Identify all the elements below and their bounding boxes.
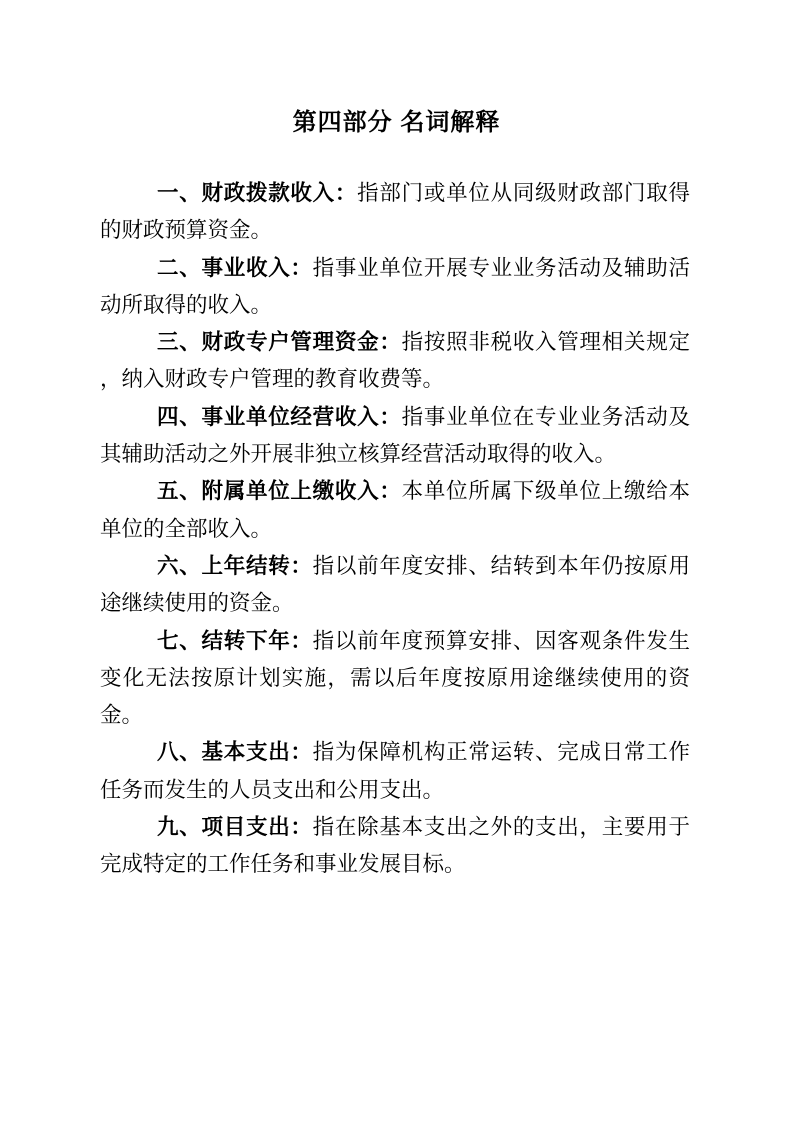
term-lead: 三、财政专户管理资金：	[157, 330, 402, 354]
definition-line: 变化无法按原计划实施，需以后年度按原用途继续使用的资	[100, 660, 690, 697]
definition-line: 九、项目支出：指在除基本支出之外的支出，主要用于	[100, 809, 690, 846]
definition-line: 途继续使用的资金。	[100, 585, 690, 622]
definition-line: 三、财政专户管理资金：指按照非税收入管理相关规定	[100, 324, 690, 361]
definition-text: 指事业单位在专业业务活动及	[402, 405, 690, 429]
term-lead: 七、结转下年：	[157, 629, 313, 653]
definition-text: 指部门或单位从同级财政部门取得	[357, 181, 690, 205]
document-page: 第四部分 名词解释 一、财政拨款收入：指部门或单位从同级财政部门取得 的财政预算…	[0, 0, 793, 1122]
term-lead: 二、事业收入：	[157, 256, 313, 280]
page-title: 第四部分 名词解释	[0, 104, 793, 142]
definition-line: 一、财政拨款收入：指部门或单位从同级财政部门取得	[100, 175, 690, 212]
definition-line: 四、事业单位经营收入：指事业单位在专业业务活动及	[100, 399, 690, 436]
term-paragraph: 六、上年结转：指以前年度安排、结转到本年仍按原用 途继续使用的资金。	[100, 548, 690, 623]
document-body: 一、财政拨款收入：指部门或单位从同级财政部门取得 的财政预算资金。 二、事业收入…	[100, 175, 690, 884]
definition-line: 动所取得的收入。	[100, 287, 690, 324]
term-paragraph: 二、事业收入：指事业单位开展专业业务活动及辅助活 动所取得的收入。	[100, 250, 690, 325]
definition-line: 单位的全部收入。	[100, 511, 690, 548]
definition-line: 任务而发生的人员支出和公用支出。	[100, 772, 690, 809]
definition-text: 指事业单位开展专业业务活动及辅助活	[313, 256, 690, 280]
definition-line: 五、附属单位上缴收入：本单位所属下级单位上缴给本	[100, 473, 690, 510]
definition-line: 七、结转下年：指以前年度预算安排、因客观条件发生	[100, 623, 690, 660]
term-lead: 九、项目支出：	[157, 815, 313, 839]
definition-line: ，纳入财政专户管理的教育收费等。	[100, 361, 690, 398]
definition-line: 完成特定的工作任务和事业发展目标。	[100, 846, 690, 883]
term-lead: 四、事业单位经营收入：	[157, 405, 402, 429]
definition-line: 的财政预算资金。	[100, 212, 690, 249]
term-paragraph: 五、附属单位上缴收入：本单位所属下级单位上缴给本 单位的全部收入。	[100, 473, 690, 548]
definition-text: 指在除基本支出之外的支出，主要用于	[313, 815, 690, 839]
term-lead: 六、上年结转：	[157, 554, 313, 578]
term-paragraph: 一、财政拨款收入：指部门或单位从同级财政部门取得 的财政预算资金。	[100, 175, 690, 250]
definition-line: 六、上年结转：指以前年度安排、结转到本年仍按原用	[100, 548, 690, 585]
term-paragraph: 三、财政专户管理资金：指按照非税收入管理相关规定 ，纳入财政专户管理的教育收费等…	[100, 324, 690, 399]
term-lead: 五、附属单位上缴收入：	[157, 479, 402, 503]
definition-text: 指按照非税收入管理相关规定	[402, 330, 690, 354]
term-paragraph: 七、结转下年：指以前年度预算安排、因客观条件发生 变化无法按原计划实施，需以后年…	[100, 623, 690, 735]
term-lead: 一、财政拨款收入：	[157, 181, 357, 205]
definition-text: 指以前年度预算安排、因客观条件发生	[313, 629, 690, 653]
definition-line: 二、事业收入：指事业单位开展专业业务活动及辅助活	[100, 250, 690, 287]
term-lead: 八、基本支出：	[157, 740, 313, 764]
definition-text: 指为保障机构正常运转、完成日常工作	[313, 740, 690, 764]
term-paragraph: 四、事业单位经营收入：指事业单位在专业业务活动及 其辅助活动之外开展非独立核算经…	[100, 399, 690, 474]
definition-text: 指以前年度安排、结转到本年仍按原用	[313, 554, 690, 578]
definition-text: 本单位所属下级单位上缴给本	[402, 479, 690, 503]
definition-line: 八、基本支出：指为保障机构正常运转、完成日常工作	[100, 734, 690, 771]
term-paragraph: 九、项目支出：指在除基本支出之外的支出，主要用于 完成特定的工作任务和事业发展目…	[100, 809, 690, 884]
definition-line: 其辅助活动之外开展非独立核算经营活动取得的收入。	[100, 436, 690, 473]
term-paragraph: 八、基本支出：指为保障机构正常运转、完成日常工作 任务而发生的人员支出和公用支出…	[100, 734, 690, 809]
definition-line: 金。	[100, 697, 690, 734]
